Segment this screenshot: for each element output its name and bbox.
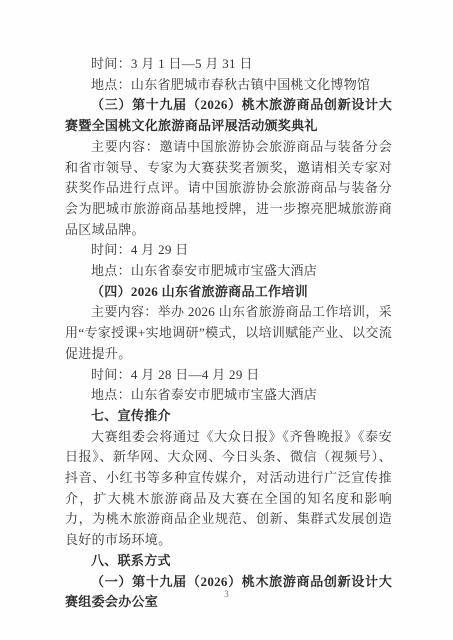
paragraph-location-hotel-1: 地点：山东省泰安市肥城市宝盛大酒店	[65, 261, 392, 282]
page-number: 3	[0, 589, 453, 599]
paragraph-location-museum: 地点：山东省肥城市春秋古镇中国桃文化博物馆	[65, 75, 392, 96]
paragraph-award-content: 主要内容：邀请中国旅游协会旅游商品与装备分会和省市领导、专家为大赛获奖者颁奖，邀…	[65, 137, 392, 241]
document-page: 时间：3 月 1 日—5 月 31 日 地点：山东省肥城市春秋古镇中国桃文化博物…	[0, 0, 453, 640]
heading-section-3-award-ceremony: （三）第十九届（2026）桃木旅游商品创新设计大赛暨全国桃文化旅游商品评展活动颁…	[65, 95, 392, 136]
page-content: 时间：3 月 1 日—5 月 31 日 地点：山东省肥城市春秋古镇中国桃文化博物…	[65, 54, 392, 613]
paragraph-promotion-content: 大赛组委会将通过《大众日报》《齐鲁晚报》《泰安日报》、新华网、大众网、今日头条、…	[65, 427, 392, 551]
paragraph-training-content: 主要内容：举办 2026 山东省旅游商品工作培训，采用“专家授课+实地调研”模式…	[65, 302, 392, 364]
heading-section-8-contact: 八、联系方式	[65, 551, 392, 572]
paragraph-location-hotel-2: 地点：山东省泰安市肥城市宝盛大酒店	[65, 385, 392, 406]
heading-section-4-training: （四）2026 山东省旅游商品工作培训	[65, 282, 392, 303]
heading-section-7-promotion: 七、宣传推介	[65, 406, 392, 427]
paragraph-time-exhibition: 时间：3 月 1 日—5 月 31 日	[65, 54, 392, 75]
paragraph-time-award: 时间：4 月 29 日	[65, 240, 392, 261]
paragraph-time-training: 时间：4 月 28 日—4 月 29 日	[65, 365, 392, 386]
